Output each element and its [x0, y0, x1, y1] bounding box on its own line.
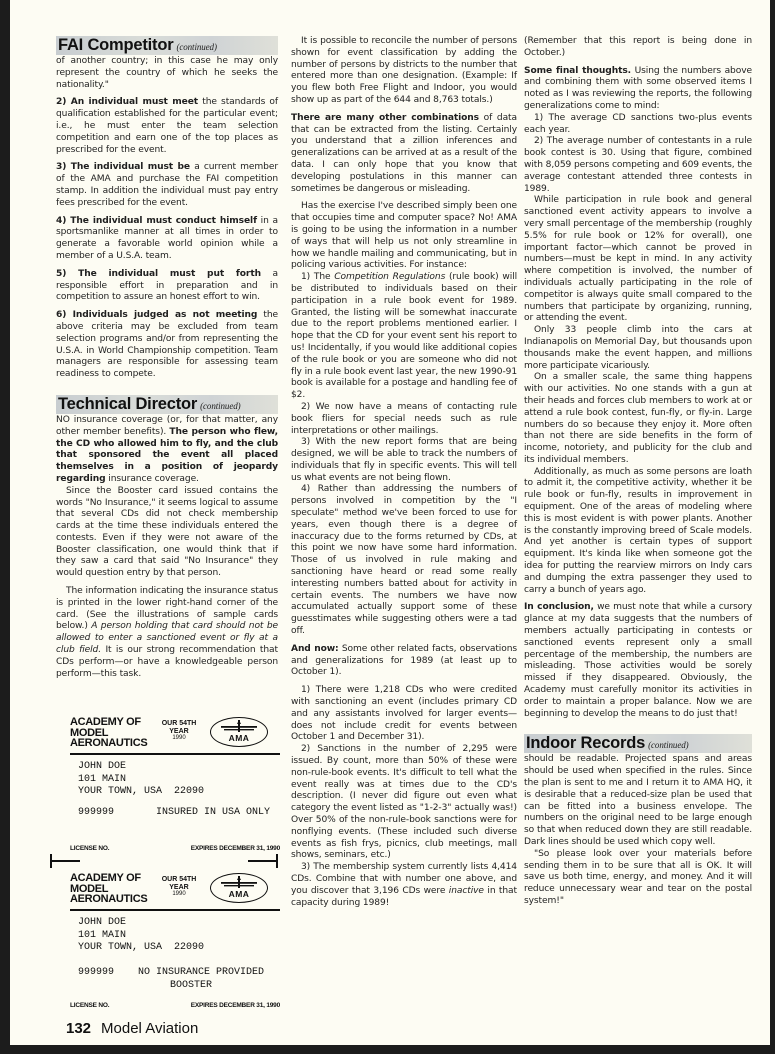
- magazine-page: FAI Competitor(continued) of another cou…: [10, 0, 770, 1045]
- fai-item-2: 2) An individual must meet the standards…: [56, 97, 278, 156]
- paragraph: (Remember that this report is being done…: [524, 36, 752, 60]
- card-insurance-status: INSURED IN USA ONLY: [156, 807, 270, 820]
- section-header-indoor-records: Indoor Records(continued): [524, 734, 752, 753]
- paragraph: There are many other combinations of dat…: [291, 113, 517, 196]
- fai-item-3: 3) The individual must be a current memb…: [56, 162, 278, 209]
- paragraph: "So please look over your materials befo…: [524, 849, 752, 908]
- card-license-number: 999999: [78, 807, 114, 820]
- paragraph: Has the exercise I've described simply b…: [291, 201, 517, 272]
- membership-card-insured: ACADEMY OFMODELAERONAUTICS OUR 54THYEAR1…: [70, 717, 280, 857]
- column-middle: It is possible to reconcile the number o…: [291, 36, 517, 909]
- paragraph: On a smaller scale, the same thing happe…: [524, 372, 752, 466]
- paragraph: The information indicating the insurance…: [56, 586, 278, 680]
- list-item: 1) There were 1,218 CDs who were credite…: [291, 685, 517, 744]
- crop-mark: [248, 860, 278, 862]
- section-header-technical-director: Technical Director(continued): [56, 395, 278, 414]
- paragraph: of another country; in this case he may …: [56, 56, 278, 91]
- card-member-class: BOOSTER: [170, 980, 212, 993]
- column-right: (Remember that this report is being done…: [524, 36, 752, 908]
- section-title: FAI Competitor: [58, 36, 173, 54]
- continued-label: (continued): [200, 401, 240, 411]
- paragraph: NO insurance coverage (or, for that matt…: [56, 415, 278, 486]
- card-divider: [70, 753, 280, 755]
- card-org-name: ACADEMY OFMODELAERONAUTICS: [70, 717, 147, 749]
- list-item: 1) The Competition Regulations (rule boo…: [291, 272, 517, 402]
- card-expiry: EXPIRES DECEMBER 31, 1990: [191, 1002, 280, 1009]
- ama-logo-icon: AMA: [210, 873, 268, 903]
- card-insurance-status: NO INSURANCE PROVIDED: [138, 967, 264, 980]
- paragraph: Only 33 people climb into the cars at In…: [524, 325, 752, 372]
- membership-card-booster: ACADEMY OFMODELAERONAUTICS OUR 54THYEAR1…: [70, 873, 280, 1013]
- page-folio: 132Model Aviation: [66, 1020, 198, 1037]
- list-item: 2) Sanctions in the number of 2,295 were…: [291, 744, 517, 862]
- section-title: Indoor Records: [526, 734, 645, 752]
- card-org-name: ACADEMY OFMODELAERONAUTICS: [70, 873, 147, 905]
- paragraph: In conclusion, we must note that while a…: [524, 602, 752, 720]
- card-license-number: 999999: [78, 967, 114, 980]
- column-left: FAI Competitor(continued) of another cou…: [56, 36, 278, 680]
- list-item: 2) The average number of contestants in …: [524, 136, 752, 195]
- card-expiry: EXPIRES DECEMBER 31, 1990: [191, 845, 280, 852]
- continued-label: (continued): [176, 42, 216, 52]
- section-header-fai-competitor: FAI Competitor(continued): [56, 36, 278, 55]
- fai-item-6: 6) Individuals judged as not meeting the…: [56, 310, 278, 381]
- section-title: Technical Director: [58, 395, 197, 413]
- publication-name: Model Aviation: [101, 1020, 198, 1037]
- fai-item-4: 4) The individual must conduct himself i…: [56, 216, 278, 263]
- paragraph: It is possible to reconcile the number o…: [291, 36, 517, 107]
- list-item: 2) We now have a means of contacting rul…: [291, 402, 517, 437]
- paragraph: While participation in rule book and gen…: [524, 195, 752, 325]
- ama-logo-icon: AMA: [210, 717, 268, 747]
- paragraph: Since the Booster card issued contains t…: [56, 486, 278, 580]
- list-item: 3) The membership system currently lists…: [291, 862, 517, 909]
- fai-item-5: 5) The individual must put forth a respo…: [56, 269, 278, 304]
- paragraph: Some final thoughts. Using the numbers a…: [524, 66, 752, 113]
- list-item: 3) With the new report forms that are be…: [291, 437, 517, 484]
- paragraph: Additionally, as much as some persons ar…: [524, 467, 752, 597]
- card-address: JOHN DOE101 MAINYOUR TOWN, USA 22090: [78, 761, 204, 799]
- card-year: OUR 54THYEAR1990: [158, 876, 200, 899]
- paragraph: And now: Some other related facts, obser…: [291, 644, 517, 679]
- crop-mark: [50, 860, 80, 862]
- continued-label: (continued): [648, 740, 688, 750]
- card-address: JOHN DOE101 MAINYOUR TOWN, USA 22090: [78, 917, 204, 955]
- card-license-label: LICENSE NO.: [70, 845, 109, 852]
- paragraph: should be readable. Projected spans and …: [524, 754, 752, 848]
- list-item: 1) The average CD sanctions two-plus eve…: [524, 113, 752, 137]
- list-item: 4) Rather than addressing the numbers of…: [291, 484, 517, 637]
- card-year: OUR 54THYEAR1990: [158, 720, 200, 743]
- card-license-label: LICENSE NO.: [70, 1002, 109, 1009]
- card-divider: [70, 909, 280, 911]
- page-number: 132: [66, 1020, 91, 1037]
